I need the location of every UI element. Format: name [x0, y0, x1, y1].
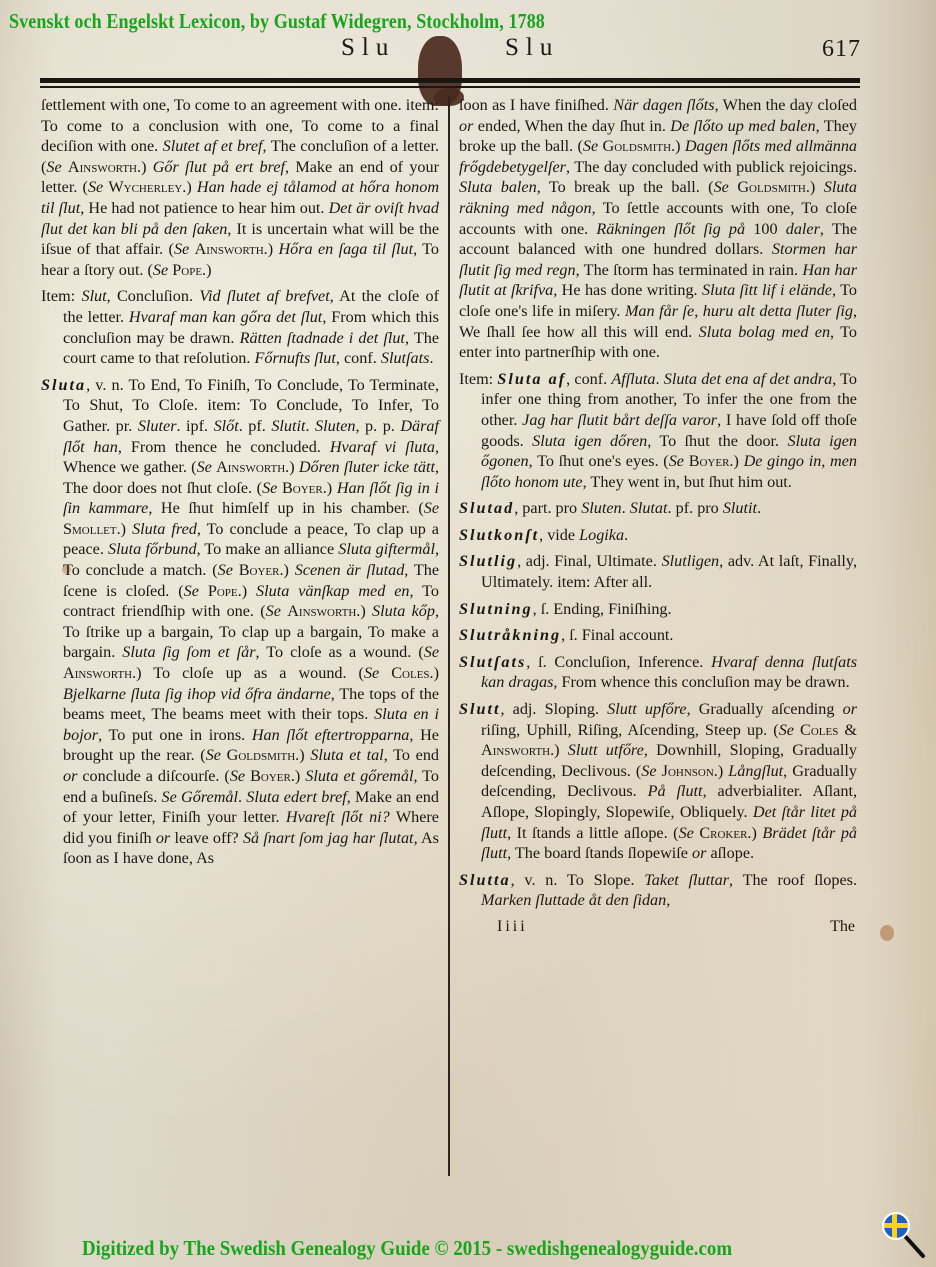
watermark-title: Svenskt och Engelskt Lexicon, by Gustaf … — [9, 9, 545, 34]
header-rule-thick — [40, 78, 860, 83]
dictionary-entry: ſettlement with one, To come to an agree… — [41, 95, 439, 280]
dictionary-entry: Item: Slut, Concluſion. Vid ſlutet af br… — [41, 286, 439, 368]
running-head: Slu Slu 617 — [0, 34, 936, 64]
dictionary-entry: Slutning, ſ. Ending, Finiſhing. — [459, 599, 857, 620]
header-rule-thin — [40, 86, 860, 88]
dictionary-entry: Slutkonſt, vide Logika. — [459, 525, 857, 546]
right-column: ſoon as I have finiſhed. När dagen ſlőts… — [459, 95, 857, 937]
watermark-credit: Digitized by The Swedish Genealogy Guide… — [82, 1236, 732, 1261]
dictionary-entry: Slutlig, adj. Final, Ultimate. Slutligen… — [459, 551, 857, 592]
running-head-left: Slu — [341, 34, 395, 62]
page-footer-catchline: IiiiThe — [459, 917, 857, 937]
left-column: ſettlement with one, To come to an agree… — [41, 95, 439, 875]
paper-stain — [880, 925, 894, 941]
column-divider — [448, 96, 450, 1176]
dictionary-entry: Slutſats, ſ. Concluſion, Inference. Hvar… — [459, 652, 857, 693]
page-number: 617 — [822, 36, 861, 63]
dictionary-entry: Sluta, v. n. To End, To Finiſh, To Concl… — [41, 375, 439, 869]
dictionary-entry: ſoon as I have finiſhed. När dagen ſlőts… — [459, 95, 857, 363]
dictionary-entry: Slutad, part. pro Sluten. Slutat. pf. pr… — [459, 498, 857, 519]
catchword: The — [830, 917, 855, 938]
dictionary-entry: Slutråkning, ſ. Final account. — [459, 625, 857, 646]
dictionary-entry: Slutt, adj. Sloping. Slutt upfőre, Gradu… — [459, 699, 857, 864]
dictionary-entry: Slutta, v. n. To Slope. Taket ſluttar, T… — [459, 870, 857, 911]
signature-mark: Iiii — [497, 917, 528, 938]
running-head-right: Slu — [505, 34, 559, 62]
swedish-flag-magnifier-icon — [879, 1210, 929, 1260]
dictionary-entry: Item: Sluta af, conf. Afſluta. Sluta det… — [459, 369, 857, 493]
